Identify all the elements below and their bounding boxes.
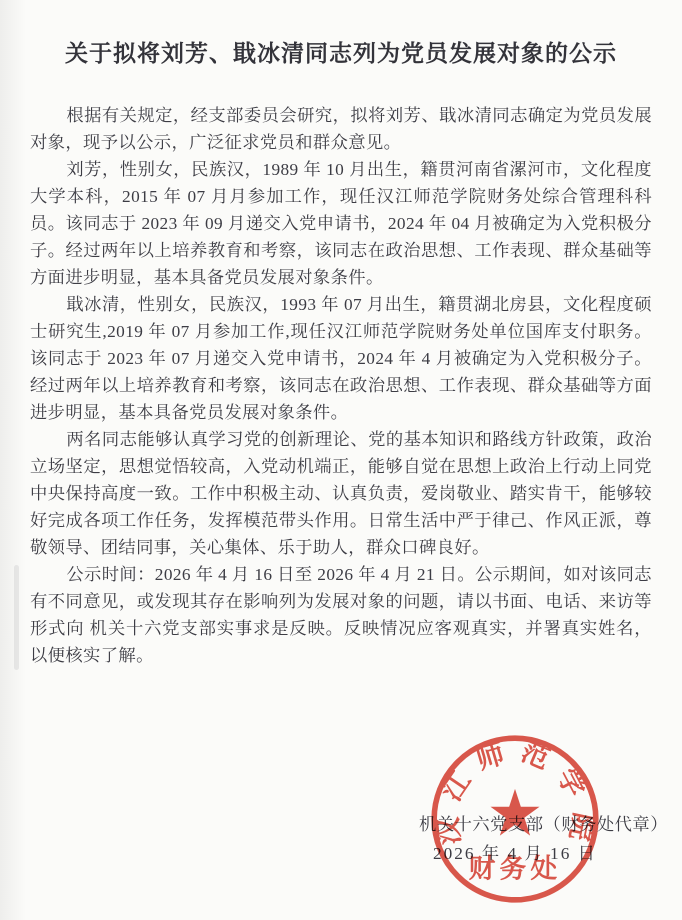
paragraph-intro: 根据有关规定，经支部委员会研究，拟将刘芳、戢冰清同志确定为党员发展对象，现予以公… [30, 102, 652, 156]
document-title: 关于拟将刘芳、戢冰清同志列为党员发展对象的公示 [0, 0, 682, 68]
seal-arc-text: 汉江师范学院 [431, 734, 600, 855]
paragraph-candidate-liufang: 刘芳，性别女，民族汉，1989 年 10 月出生，籍贯河南省漯河市，文化程度大学… [30, 156, 652, 291]
document-body: 根据有关规定，经支部委员会研究，拟将刘芳、戢冰清同志确定为党员发展对象，现予以公… [0, 102, 682, 669]
document-page: 关于拟将刘芳、戢冰清同志列为党员发展对象的公示 根据有关规定，经支部委员会研究，… [0, 0, 682, 920]
paragraph-candidate-jibingqing: 戢冰清，性别女，民族汉，1993 年 07 月出生，籍贯湖北房县，文化程度硕士研… [30, 291, 652, 426]
paragraph-evaluation: 两名同志能够认真学习党的创新理论、党的基本知识和路线方针政策，政治立场坚定，思想… [30, 426, 652, 561]
signature-date: 2026 年 4 月 16 日 [433, 839, 597, 864]
signature-org: 机关十六党支部（财务处代章） [419, 810, 668, 835]
paragraph-publicity-period: 公示时间：2026 年 4 月 16 日至 2026 年 4 月 21 日。公示… [30, 561, 652, 669]
